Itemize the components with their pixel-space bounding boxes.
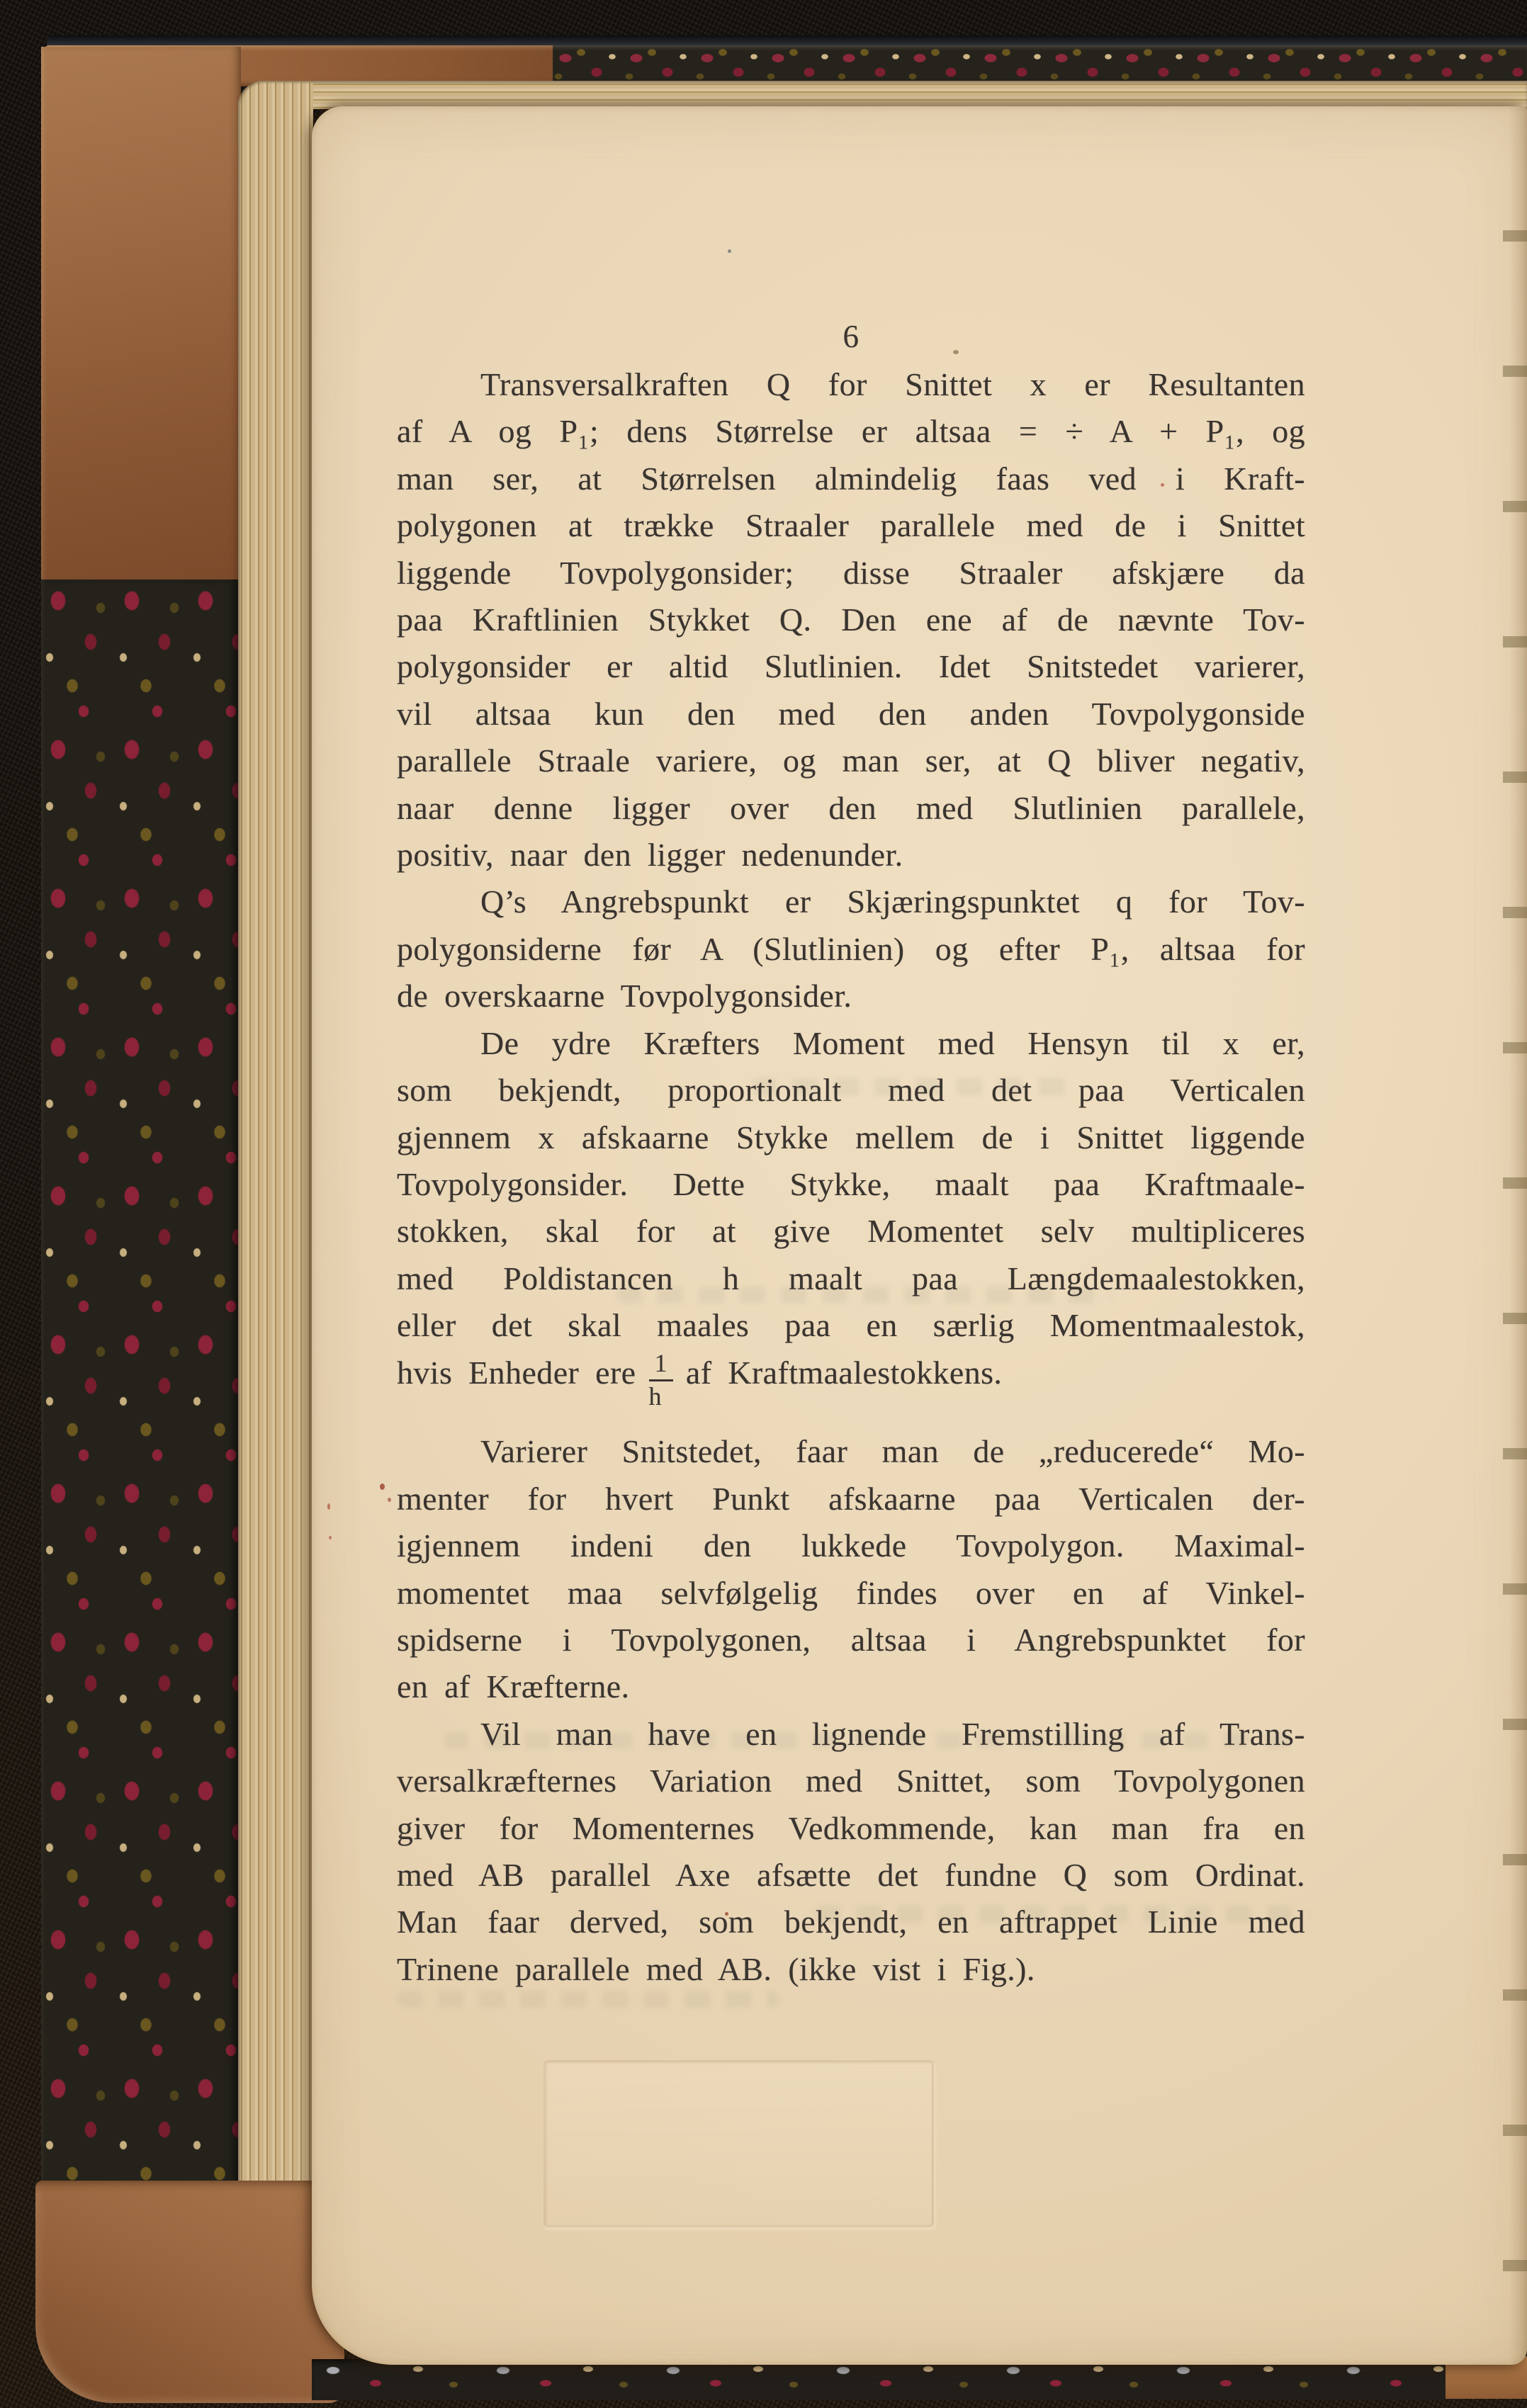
text-line: Q’s Angrebspunkt er Skjæringspunktet q f… <box>397 878 1305 925</box>
page-edge-stack-top <box>238 81 1527 109</box>
text-line: de overskaarne Tovpolygonsider. <box>397 973 1305 1019</box>
text-line: eller det skal maales paa en særlig Mome… <box>397 1302 1305 1349</box>
book-cover-top-marbled-paper <box>553 45 1527 85</box>
page-edge-stack-left <box>238 82 313 2361</box>
fraction-one-over-h: 1h <box>649 1350 673 1411</box>
book-cover-bottom-marbled-paper <box>312 2359 1463 2400</box>
book-cover-corner-top-left-leather <box>41 47 241 585</box>
text-line: parallele Straale variere, og man ser, a… <box>397 737 1305 784</box>
text-line: giver for Momenternes Vedkommende, kan m… <box>397 1805 1305 1852</box>
paragraph: Vil man have en lignende Fremstilling af… <box>397 1711 1305 1993</box>
text-line: positiv, naar den ligger nedenunder. <box>397 832 1305 878</box>
paragraph: Q’s Angrebspunkt er Skjæringspunktet q f… <box>397 878 1305 1019</box>
text-line: polygonsiderne før A (Slutlinien) og eft… <box>397 926 1305 973</box>
text-line: momentet maa selvfølgelig findes over en… <box>397 1570 1305 1617</box>
fraction-numerator: 1 <box>649 1350 673 1381</box>
fraction-denominator: h <box>649 1381 673 1411</box>
book-cover-left-marbled-paper <box>41 580 240 2202</box>
fraction-line-post: af Kraftmaalestokkens. <box>686 1355 1002 1391</box>
text-line: stokken, skal for at give Momentet selv … <box>397 1208 1305 1255</box>
text-line: med AB parallel Axe afsætte det fundne Q… <box>397 1852 1305 1899</box>
ink-speck <box>329 1536 332 1539</box>
book-cover-corner-bottom-left-leather <box>35 2181 344 2403</box>
text-line: igjennem indeni den lukkede Tovpolygon. … <box>397 1522 1305 1569</box>
ink-speck <box>380 1483 385 1490</box>
text-line: Trinene parallele med AB. (ikke vist i F… <box>397 1946 1305 1993</box>
stamp-impression <box>543 2060 934 2227</box>
page-number: 6 <box>397 312 1305 361</box>
text-line: polygonen at trække Straaler parallele m… <box>397 502 1305 549</box>
paragraph: Varierer Snitstedet, faar man de „reduce… <box>397 1428 1305 1710</box>
text-line: en af Kræfterne. <box>397 1663 1305 1710</box>
text-line: Transversalkraften Q for Snittet x er Re… <box>397 361 1305 408</box>
text-line: De ydre Kræfters Moment med Hensyn til x… <box>397 1020 1305 1067</box>
ink-speck <box>388 1498 391 1502</box>
text-line: naar denne ligger over den med Slutlinie… <box>397 785 1305 832</box>
text-line: med Poldistancen h maalt paa Længdemaale… <box>397 1255 1305 1302</box>
text-line: spidserne i Tovpolygonen, altsaa i Angre… <box>397 1617 1305 1663</box>
ink-speck <box>728 249 731 253</box>
paragraph: Transversalkraften Q for Snittet x er Re… <box>397 361 1305 878</box>
page-text-block: 6 Transversalkraften Q for Snittet x er … <box>397 312 1305 1993</box>
text-line: af A og P₁; dens Størrelse er altsaa = ÷… <box>397 408 1305 455</box>
text-line: menter for hvert Punkt afskaarne paa Ver… <box>397 1476 1305 1522</box>
text-line: polygonsider er altid Slutlinien. Idet S… <box>397 643 1305 690</box>
text-line: paa Kraftlinien Stykket Q. Den ene af de… <box>397 597 1305 643</box>
text-line: liggende Tovpolygonsider; disse Straaler… <box>397 550 1305 597</box>
text-line-with-fraction: hvis Enheder ere1haf Kraftmaalestokkens. <box>397 1350 1305 1429</box>
text-line: versalkræfternes Variation med Snittet, … <box>397 1758 1305 1804</box>
text-line: Varierer Snitstedet, faar man de „reduce… <box>397 1428 1305 1475</box>
show-through-smudge <box>397 1991 779 2008</box>
page-torn-right-edge <box>1503 106 1527 2365</box>
book-page: 6 Transversalkraften Q for Snittet x er … <box>312 106 1527 2365</box>
text-line: vil altsaa kun den med den anden Tovpoly… <box>397 691 1305 737</box>
text-line: Tovpolygonsider. Dette Stykke, maalt paa… <box>397 1161 1305 1208</box>
text-line: Vil man have en lignende Fremstilling af… <box>397 1711 1305 1758</box>
text-line: gjennem x afskaarne Stykke mellem de i S… <box>397 1114 1305 1161</box>
paragraph: De ydre Kræfters Moment med Hensyn til x… <box>397 1020 1305 1429</box>
text-line: Man faar derved, som bekjendt, en aftrap… <box>397 1899 1305 1945</box>
text-line: man ser, at Størrelsen almindelig faas v… <box>397 456 1305 502</box>
fraction-line-pre: hvis Enheder ere <box>397 1355 636 1391</box>
text-line: som bekjendt, proportionalt med det paa … <box>397 1067 1305 1114</box>
scanned-book-photo: 6 Transversalkraften Q for Snittet x er … <box>0 0 1527 2408</box>
ink-speck <box>327 1503 330 1510</box>
